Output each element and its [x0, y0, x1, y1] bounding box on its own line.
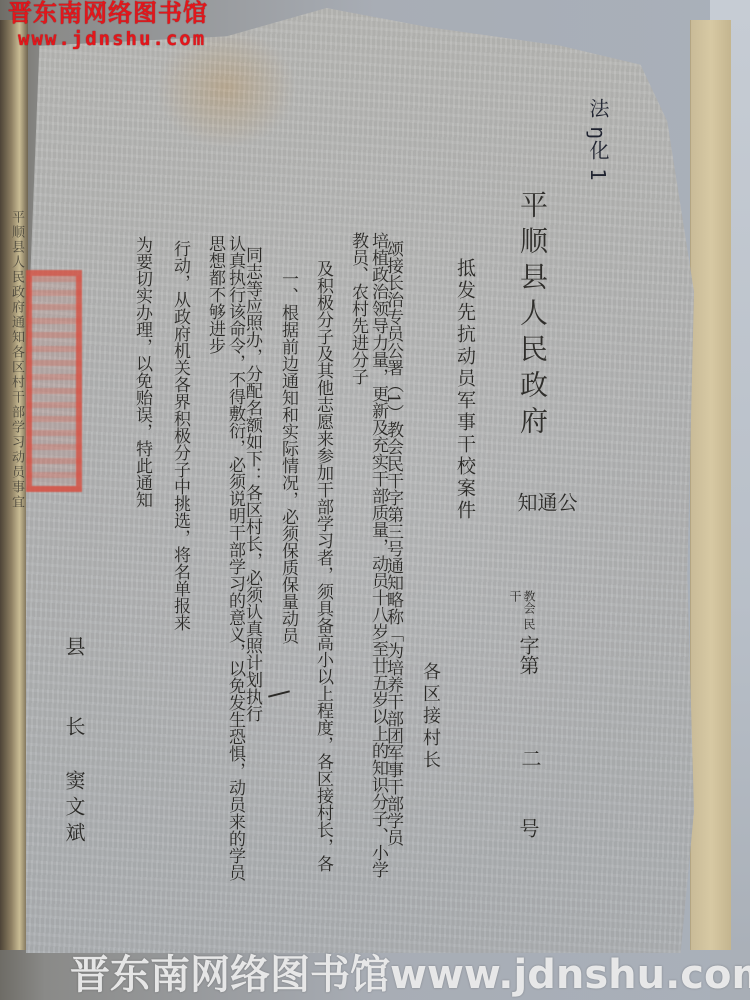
body-column-7: 行动，从政府机关各界积极分子中挑选，将名单报来	[170, 240, 190, 860]
body-column-2: 培植政治领导力量，更新及充实干部质量，动员十八岁至廿五岁以上的知识分子、小学教员…	[348, 232, 388, 882]
body-column-4: 一、根据前边通知和实际情况，必须保质保量动员	[278, 270, 298, 690]
signature-head-label: 长	[64, 716, 84, 746]
subject-line: 抵发先抗动员军事干校案件	[454, 258, 476, 608]
underlying-yellow-page	[690, 20, 731, 950]
document-photo: 平顺县人民政府通知各区村干部学习动员事宜 法 ŋ化 1 平顺县人民政府 公通知 …	[0, 0, 750, 1000]
adjacent-page-text: 平顺县人民政府通知各区村干部学习动员事宜	[8, 210, 24, 970]
serial-number: 二	[520, 748, 540, 778]
body-column-6: 认真执行该命令，不得敷衍，必须说明干部学习的意义，以免发生恐惧，动员来的学员思想…	[205, 235, 245, 885]
addressee: 各区接村长	[420, 662, 440, 782]
signature-name: 窦文斌	[64, 770, 84, 870]
signature-county: 县	[64, 636, 84, 666]
body-column-5: 同志等应照办，分配名额如下：各区村长，必须认真照计划执行	[242, 246, 262, 896]
handwritten-annotation: 法 ŋ化 1	[584, 98, 613, 188]
watermark-bottom: 晋东南网络图书馆www.jdnshu.com	[70, 952, 750, 998]
serial-prefix: 公通知	[516, 492, 576, 522]
watermark-top-url: www.jdnshu.com	[18, 26, 208, 52]
serial-small-note: 教会 民干	[508, 590, 536, 630]
body-column-8: 为要切实办理，以免贻误，特此通知	[132, 236, 152, 516]
red-seal-stamp-icon	[26, 270, 82, 492]
serial-mid: 字第	[518, 635, 538, 685]
issuer-title: 平顺县人民政府	[512, 190, 552, 470]
serial-suffix: 号	[518, 818, 538, 848]
watermark-top: 晋东南网络图书馆 www.jdnshu.com	[8, 0, 208, 52]
body-column-3: 及积极分子及其他志愿来参加干部学习者，须具备高小以上程度，各区接村长，各	[313, 260, 333, 910]
watermark-top-title: 晋东南网络图书馆	[8, 0, 208, 27]
